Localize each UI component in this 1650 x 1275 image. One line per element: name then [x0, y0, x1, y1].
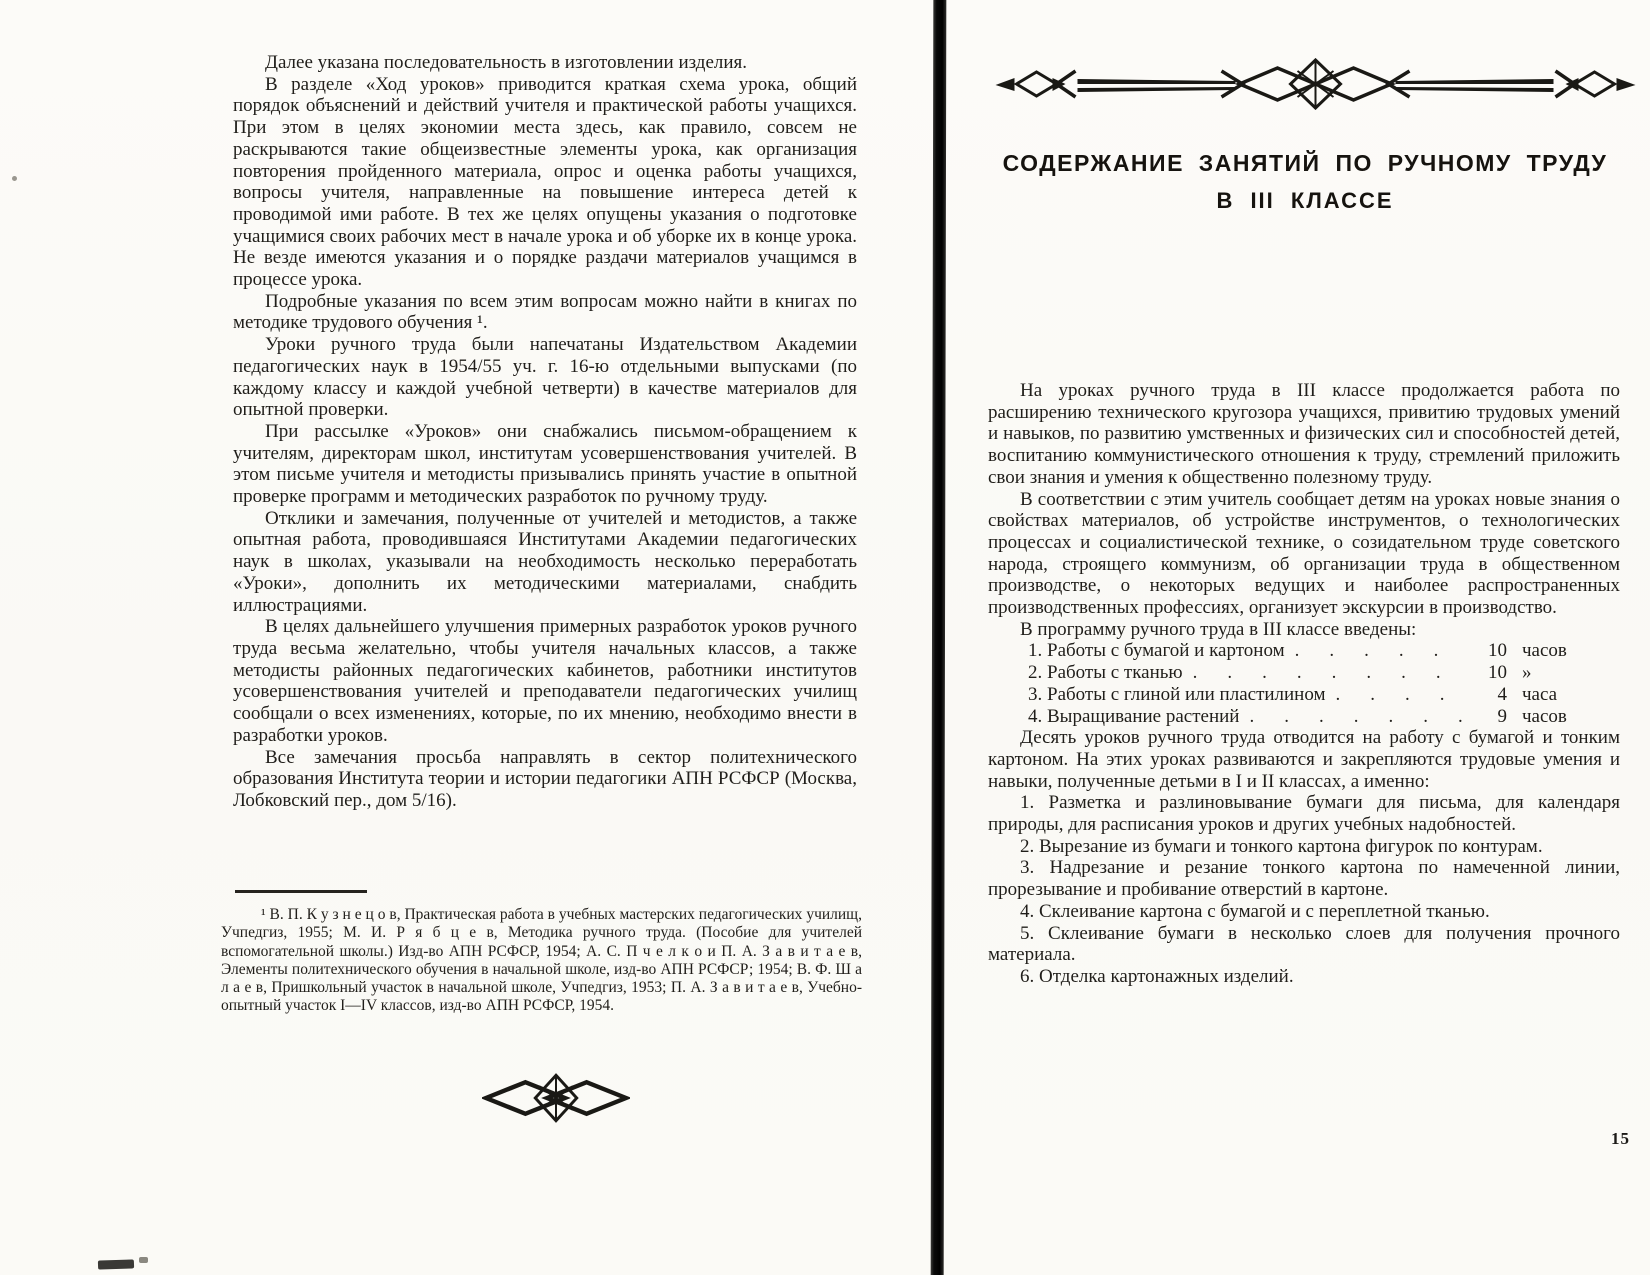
hours-unit: часа	[1507, 684, 1596, 706]
dot-leader: ..............................	[1239, 706, 1467, 728]
paragraph: В целях дальнейшего улучшения примерных …	[233, 616, 857, 746]
page-number: 15	[1570, 1129, 1630, 1149]
paragraph: Далее указана последовательность в изгот…	[233, 52, 857, 74]
paragraph: Подробные указания по всем этим вопросам…	[233, 291, 857, 334]
paragraph: 3. Надрезание и резание тонкого картона …	[988, 857, 1620, 900]
paragraph: Десять уроков ручного труда отводится на…	[988, 727, 1620, 792]
dot-leader: ..............................	[1285, 640, 1467, 662]
hours-unit: »	[1507, 662, 1596, 684]
hours-value: 9	[1467, 706, 1507, 728]
paragraph: Уроки ручного труда были напечатаны Изда…	[233, 334, 857, 421]
chapter-title-line1: СОДЕРЖАНИЕ ЗАНЯТИЙ ПО РУЧНОМУ ТРУДУ	[988, 150, 1622, 177]
paragraph: Отклики и замечания, полученные от учите…	[233, 508, 857, 617]
paragraph: 1. Разметка и разлиновывание бумаги для …	[988, 792, 1620, 835]
paragraph: 2. Вырезание из бумаги и тонкого картона…	[988, 836, 1620, 858]
hours-unit: часов	[1507, 640, 1596, 662]
scan-artifact	[139, 1257, 148, 1263]
paragraph: 4. Склеивание картона с бумагой и с пере…	[988, 901, 1620, 923]
chapter-title-line2: В III КЛАССЕ	[988, 188, 1622, 214]
paragraph: На уроках ручного труда в III классе про…	[988, 380, 1620, 489]
hours-value: 10	[1467, 662, 1507, 684]
diamond-tailpiece-ornament	[482, 1072, 630, 1124]
hours-label: 3. Работы с глиной или пластилином	[1028, 684, 1326, 706]
hours-label: 2. Работы с тканью	[1028, 662, 1183, 684]
hours-value: 10	[1467, 640, 1507, 662]
paragraph: В разделе «Ход уроков» приводится кратка…	[233, 74, 857, 291]
hours-row: 1. Работы с бумагой и картоном .........…	[1028, 640, 1596, 662]
hours-row: 4. Выращивание растений ................…	[1028, 706, 1596, 728]
footnote-text: ¹ В. П. К у з н е ц о в, Практическая ра…	[221, 906, 862, 1016]
hours-row: 3. Работы с глиной или пластилином .....…	[1028, 684, 1596, 706]
hours-label: 4. Выращивание растений	[1028, 706, 1239, 728]
paragraph: Все замечания просьба направлять в секто…	[233, 747, 857, 812]
scan-artifact	[12, 176, 17, 181]
paragraph: При рассылке «Уроков» они снабжались пис…	[233, 421, 857, 508]
hours-row: 2. Работы с тканью .....................…	[1028, 662, 1596, 684]
dot-leader: ..............................	[1183, 662, 1467, 684]
scan-artifact	[98, 1259, 134, 1269]
footnote-rule	[235, 890, 367, 893]
paragraph: 5. Склеивание бумаги в несколько слоев д…	[988, 923, 1620, 966]
hours-label: 1. Работы с бумагой и картоном	[1028, 640, 1285, 662]
chapter-title: СОДЕРЖАНИЕ ЗАНЯТИЙ ПО РУЧНОМУ ТРУДУ В II…	[988, 150, 1622, 214]
dot-leader: ..............................	[1326, 684, 1467, 706]
hours-value: 4	[1467, 684, 1507, 706]
left-page-body: Далее указана последовательность в изгот…	[233, 52, 857, 812]
paragraph: В соответствии с этим учитель сообщает д…	[988, 489, 1620, 619]
page-gutter-divider	[931, 0, 947, 1275]
hours-unit: часов	[1507, 706, 1596, 728]
hours-list: 1. Работы с бумагой и картоном .........…	[1028, 640, 1596, 727]
paragraph: В программу ручного труда в III классе в…	[988, 619, 1620, 641]
paragraph: 6. Отделка картонажных изделий.	[988, 966, 1620, 988]
right-page-body: На уроках ручного труда в III классе про…	[988, 380, 1620, 988]
header-rule-ornament	[993, 58, 1638, 110]
book-spread: Далее указана последовательность в изгот…	[0, 0, 1650, 1275]
